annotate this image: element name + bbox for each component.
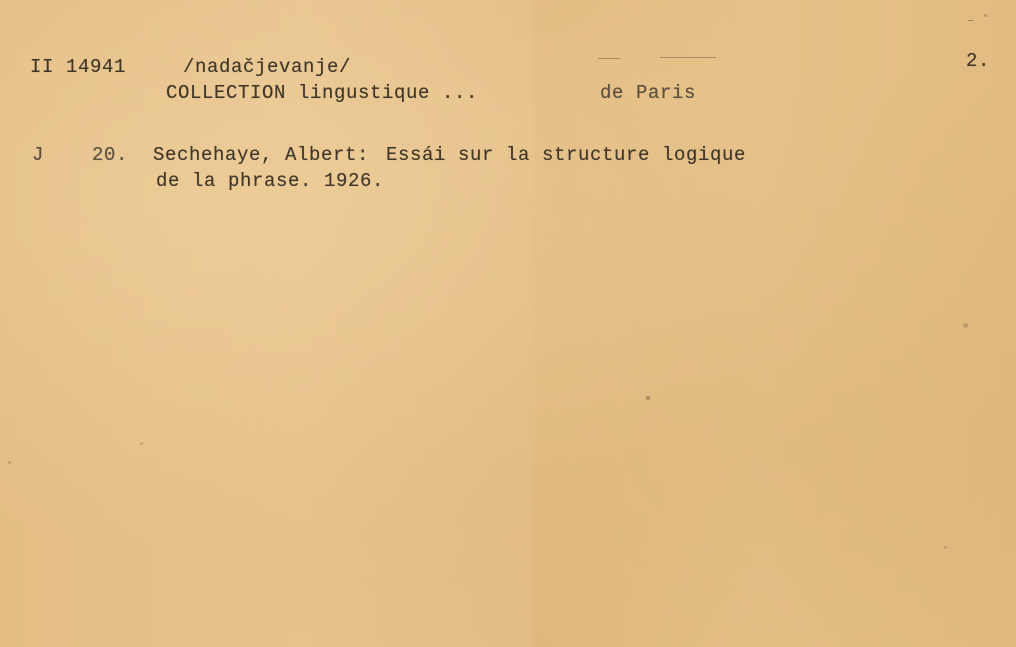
- typewriter-dash: [968, 20, 974, 21]
- paper-speck: [984, 14, 987, 17]
- paper-speck: [944, 546, 947, 549]
- subject-heading: /nadačjevanje/: [183, 58, 351, 77]
- paper-speck: [963, 323, 968, 328]
- entry-author: Sechehaye, Albert:: [153, 146, 369, 165]
- series-place: de Paris: [600, 84, 696, 103]
- paper-speck: [646, 396, 650, 400]
- entry-marker: J: [32, 146, 44, 165]
- card-number: 2.: [966, 52, 990, 71]
- series-title: COLLECTION lingustique ...: [166, 84, 478, 103]
- entry-title-line-2: de la phrase. 1926.: [156, 172, 384, 191]
- entry-title-line-1: Essái sur la structure logique: [386, 146, 746, 165]
- paper-speck: [140, 442, 143, 445]
- call-number: II 14941: [30, 58, 126, 77]
- paper-speck: [8, 461, 11, 464]
- typewriter-dash: [660, 57, 716, 58]
- catalog-card: II 14941 /nadačjevanje/ COLLECTION lingu…: [0, 0, 1016, 647]
- entry-number: 20.: [92, 146, 128, 165]
- typewriter-dash: [598, 58, 620, 59]
